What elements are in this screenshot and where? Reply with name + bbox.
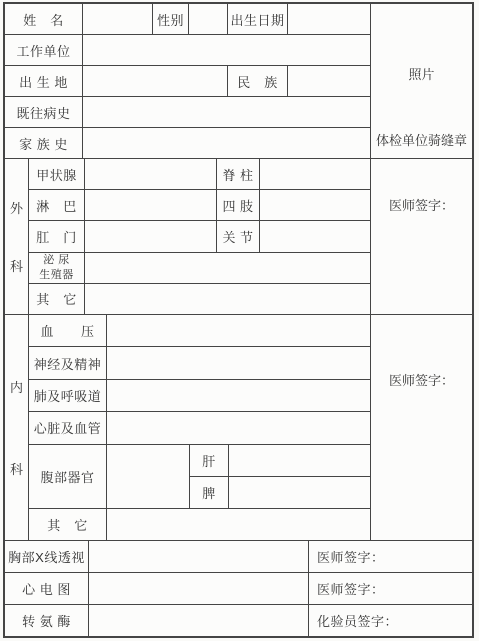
liver-label: 肝 xyxy=(190,445,229,476)
table-row: 泌 尿 生殖器 xyxy=(29,253,370,284)
table-row: 姓 名 性别 出生日期 xyxy=(5,4,370,35)
blood-pressure-label: 血 压 xyxy=(29,315,107,346)
liver-field[interactable] xyxy=(229,445,370,476)
chest-xray-signature-label: 医师签字： xyxy=(317,547,385,566)
table-row: 家 族 史 xyxy=(5,128,370,158)
spine-field[interactable] xyxy=(260,159,370,189)
anus-field[interactable] xyxy=(85,221,217,251)
table-row: 其 它 xyxy=(29,509,370,540)
table-row: 血 压 xyxy=(29,315,370,347)
urogenital-label-line1: 泌 尿 xyxy=(43,253,70,267)
lymph-field[interactable] xyxy=(85,190,217,220)
family-history-field[interactable] xyxy=(83,128,370,158)
internal-other-field[interactable] xyxy=(107,509,370,540)
heart-field[interactable] xyxy=(107,412,370,443)
abdomen-label: 腹部器官 xyxy=(29,445,107,508)
basic-info-rows: 姓 名 性别 出生日期 工作单位 出 生 地 民 族 既往病史 xyxy=(5,4,371,158)
birthplace-label: 出 生 地 xyxy=(5,66,83,96)
birthdate-field[interactable] xyxy=(288,4,370,34)
table-row: 工作单位 xyxy=(5,35,370,66)
table-row: 既往病史 xyxy=(5,97,370,128)
family-history-label: 家 族 史 xyxy=(5,128,83,158)
transaminase-signature-cell[interactable]: 化验员签字： xyxy=(309,605,472,636)
gender-field[interactable] xyxy=(189,4,228,34)
medical-history-label: 既往病史 xyxy=(5,97,83,127)
dept-char: 科 xyxy=(10,256,23,275)
ethnicity-label: 民 族 xyxy=(228,66,288,96)
spleen-label: 脾 xyxy=(190,477,229,508)
name-field[interactable] xyxy=(83,4,153,34)
table-row: 胸部X线透视 医师签字： xyxy=(5,541,472,573)
tests-rows: 胸部X线透视 医师签字： 心 电 图 医师签字： 转 氨 酶 化验员签字： xyxy=(5,541,472,636)
internal-dept-label: 内 科 xyxy=(5,315,29,540)
medical-history-field[interactable] xyxy=(83,97,370,127)
scanned-exam-form-page: { "colors": { "border": "#454545", "text… xyxy=(0,0,479,641)
anus-label: 肛 门 xyxy=(29,221,85,251)
table-row: 其 它 xyxy=(29,284,370,314)
internal-signature-label: 医师签字： xyxy=(371,370,472,389)
nerves-label: 神经及精神 xyxy=(29,347,107,378)
chest-xray-label: 胸部X线透视 xyxy=(5,541,89,572)
table-row: 神经及精神 xyxy=(29,347,370,379)
table-row: 转 氨 酶 化验员签字： xyxy=(5,605,472,636)
joints-label: 关 节 xyxy=(217,221,260,251)
abdomen-field[interactable] xyxy=(107,445,190,508)
table-row: 脾 xyxy=(190,477,370,508)
thyroid-label: 甲状腺 xyxy=(29,159,85,189)
table-row: 出 生 地 民 族 xyxy=(5,66,370,97)
dept-char: 内 xyxy=(10,377,23,396)
birthplace-field[interactable] xyxy=(83,66,228,96)
internal-signature-cell[interactable]: 医师签字： xyxy=(371,315,472,540)
spleen-field[interactable] xyxy=(229,477,370,508)
urogenital-label: 泌 尿 生殖器 xyxy=(29,253,85,283)
ecg-signature-cell[interactable]: 医师签字： xyxy=(309,573,472,604)
table-row: 心 电 图 医师签字： xyxy=(5,573,472,605)
photo-label: 照片 xyxy=(371,64,472,83)
lungs-label: 肺及呼吸道 xyxy=(29,380,107,411)
joints-field[interactable] xyxy=(260,221,370,251)
ecg-field[interactable] xyxy=(89,573,309,604)
heart-label: 心脏及血管 xyxy=(29,412,107,443)
workunit-label: 工作单位 xyxy=(5,35,83,65)
table-row: 心脏及血管 xyxy=(29,412,370,444)
urogenital-field[interactable] xyxy=(85,253,370,283)
liver-spleen-subtable: 肝 脾 xyxy=(190,445,370,508)
chest-xray-field[interactable] xyxy=(89,541,309,572)
limbs-field[interactable] xyxy=(260,190,370,220)
surgery-other-label: 其 它 xyxy=(29,284,85,314)
blood-pressure-field[interactable] xyxy=(107,315,370,346)
table-row: 肺及呼吸道 xyxy=(29,380,370,412)
workunit-field[interactable] xyxy=(83,35,370,65)
lymph-label: 淋 巴 xyxy=(29,190,85,220)
chest-xray-signature-cell[interactable]: 医师签字： xyxy=(309,541,472,572)
lungs-field[interactable] xyxy=(107,380,370,411)
ecg-signature-label: 医师签字： xyxy=(317,579,385,598)
birthdate-label: 出生日期 xyxy=(228,4,288,34)
surgery-signature-label: 医师签字： xyxy=(371,195,472,214)
photo-cell[interactable]: 照片 体检单位骑缝章 xyxy=(371,4,472,158)
seal-label: 体检单位骑缝章 xyxy=(371,130,472,149)
ecg-label: 心 电 图 xyxy=(5,573,89,604)
name-label: 姓 名 xyxy=(5,4,83,34)
section-surgery: 外 科 甲状腺 脊 柱 淋 巴 四 肢 肛 门 关 节 xyxy=(5,159,472,315)
dept-char: 科 xyxy=(10,459,23,478)
urogenital-label-line2: 生殖器 xyxy=(39,268,74,282)
transaminase-label: 转 氨 酶 xyxy=(5,605,89,636)
surgery-dept-label: 外 科 xyxy=(5,159,29,314)
dept-char: 外 xyxy=(10,198,23,217)
transaminase-field[interactable] xyxy=(89,605,309,636)
table-row: 甲状腺 脊 柱 xyxy=(29,159,370,190)
surgery-rows: 甲状腺 脊 柱 淋 巴 四 肢 肛 门 关 节 泌 尿 生殖器 xyxy=(29,159,371,314)
abdomen-row-group: 腹部器官 肝 脾 xyxy=(29,445,370,509)
section-internal: 内 科 血 压 神经及精神 肺及呼吸道 心脏及血管 腹部器官 xyxy=(5,315,472,541)
limbs-label: 四 肢 xyxy=(217,190,260,220)
internal-rows: 血 压 神经及精神 肺及呼吸道 心脏及血管 腹部器官 肝 xyxy=(29,315,371,540)
section-basic-info: 姓 名 性别 出生日期 工作单位 出 生 地 民 族 既往病史 xyxy=(5,4,472,159)
internal-other-label: 其 它 xyxy=(29,509,107,540)
table-row: 淋 巴 四 肢 xyxy=(29,190,370,221)
section-tests: 胸部X线透视 医师签字： 心 电 图 医师签字： 转 氨 酶 化验员签字： xyxy=(5,541,472,636)
table-row: 肛 门 关 节 xyxy=(29,221,370,252)
nerves-field[interactable] xyxy=(107,347,370,378)
transaminase-signature-label: 化验员签字： xyxy=(317,611,398,630)
spine-label: 脊 柱 xyxy=(217,159,260,189)
gender-label: 性别 xyxy=(153,4,189,34)
table-row: 肝 xyxy=(190,445,370,477)
exam-form-table: 姓 名 性别 出生日期 工作单位 出 生 地 民 族 既往病史 xyxy=(3,2,474,638)
surgery-signature-cell[interactable]: 医师签字： xyxy=(371,159,472,314)
thyroid-field[interactable] xyxy=(85,159,217,189)
ethnicity-field[interactable] xyxy=(288,66,370,96)
surgery-other-field[interactable] xyxy=(85,284,370,314)
